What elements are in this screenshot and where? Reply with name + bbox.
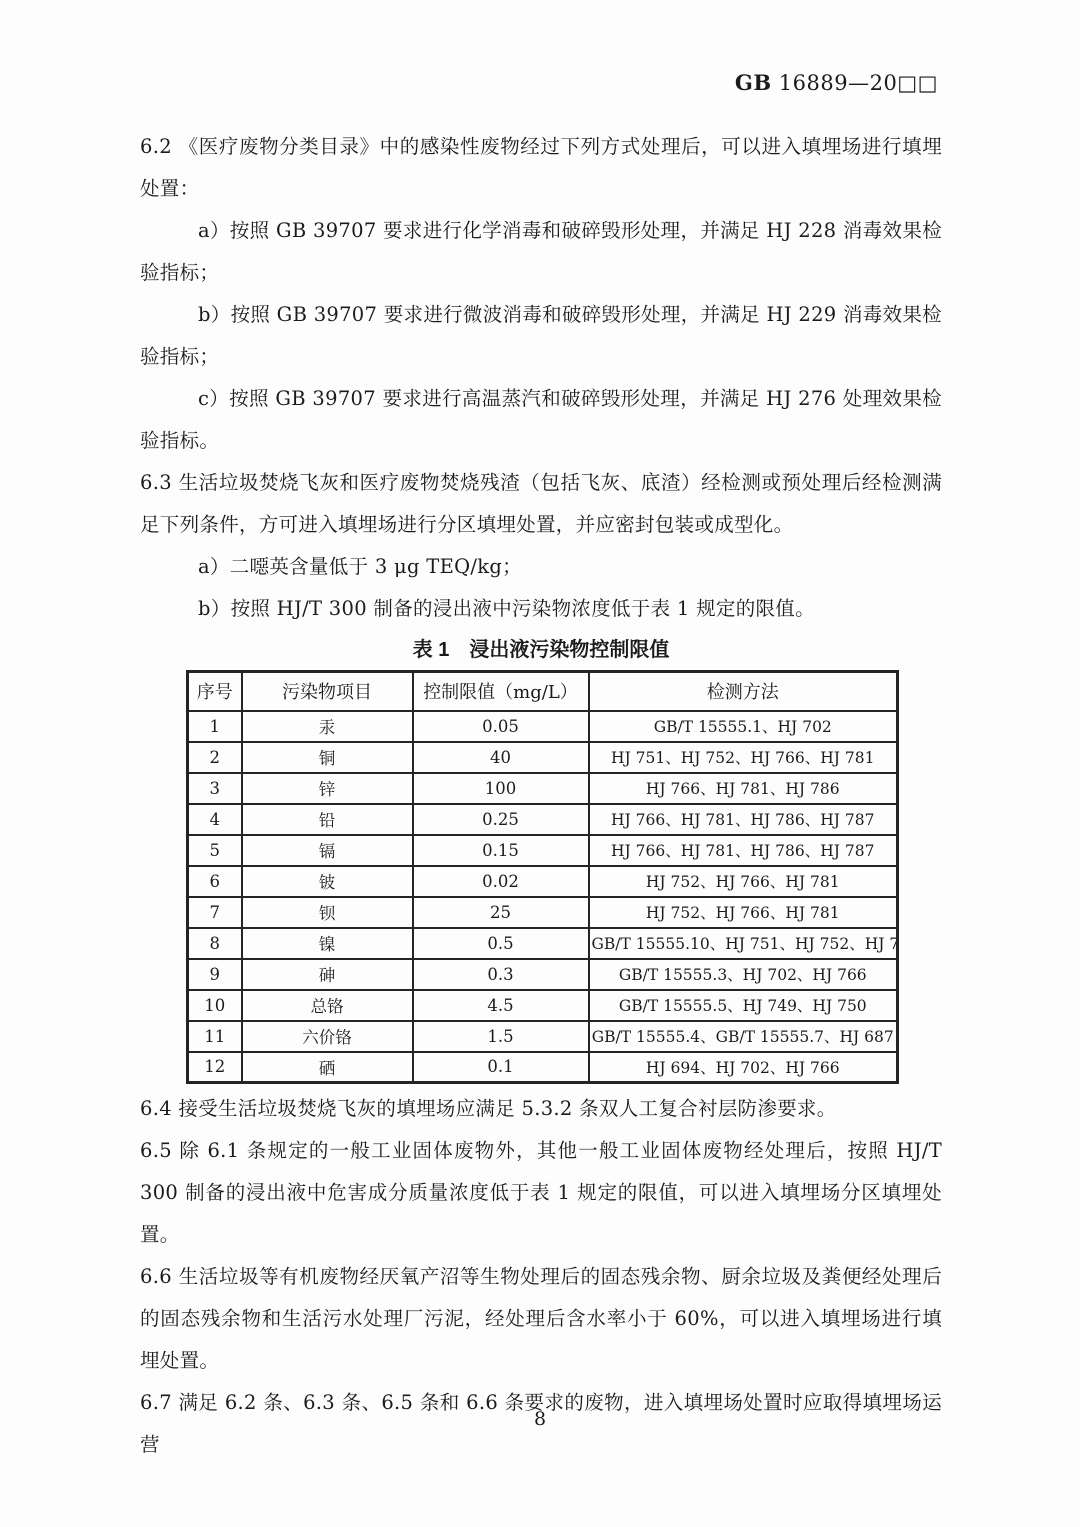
cell-index: 12 [188,1052,242,1083]
table-row: 8 镍 0.5 GB/T 15555.10、HJ 751、HJ 752、HJ 7… [188,928,898,959]
cell-index: 5 [188,835,242,866]
cell-index: 7 [188,897,242,928]
cell-method: HJ 694、HJ 702、HJ 766 [589,1052,898,1083]
clause-6-3-item-a: a）二噁英含量低于 3 μg TEQ/kg； [140,546,942,588]
cell-pollutant: 汞 [242,711,413,742]
cell-method: HJ 766、HJ 781、HJ 786 [589,773,898,804]
table-row: 11 六价铬 1.5 GB/T 15555.4、GB/T 15555.7、HJ … [188,1021,898,1052]
table-row: 1 汞 0.05 GB/T 15555.1、HJ 702 [188,711,898,742]
table-row: 7 钡 25 HJ 752、HJ 766、HJ 781 [188,897,898,928]
cell-limit: 40 [413,742,589,773]
cell-pollutant: 六价铬 [242,1021,413,1052]
cell-index: 9 [188,959,242,990]
cell-index: 3 [188,773,242,804]
doc-code-prefix: GB [735,70,772,95]
cell-method: HJ 752、HJ 766、HJ 781 [589,897,898,928]
col-header-method: 检测方法 [589,672,898,711]
clause-6-3-item-b: b）按照 HJ/T 300 制备的浸出液中污染物浓度低于表 1 规定的限值。 [140,588,942,630]
clause-6-6: 6.6 生活垃圾等有机废物经厌氧产沼等生物处理后的固态残余物、厨余垃圾及粪便经处… [140,1256,942,1382]
cell-pollutant: 铅 [242,804,413,835]
cell-pollutant: 锌 [242,773,413,804]
cell-limit: 0.1 [413,1052,589,1083]
page-number: 8 [0,1408,1080,1430]
clause-6-4: 6.4 接受生活垃圾焚烧飞灰的填埋场应满足 5.3.2 条双人工复合衬层防渗要求… [140,1088,942,1130]
table-row: 6 铍 0.02 HJ 752、HJ 766、HJ 781 [188,866,898,897]
cell-method: GB/T 15555.3、HJ 702、HJ 766 [589,959,898,990]
cell-pollutant: 硒 [242,1052,413,1083]
cell-limit: 0.5 [413,928,589,959]
cell-limit: 0.02 [413,866,589,897]
cell-pollutant: 镉 [242,835,413,866]
table-row: 3 锌 100 HJ 766、HJ 781、HJ 786 [188,773,898,804]
cell-limit: 0.05 [413,711,589,742]
clause-6-2: 6.2 《医疗废物分类目录》中的感染性废物经过下列方式处理后，可以进入填埋场进行… [140,126,942,210]
col-header-limit: 控制限值（mg/L） [413,672,589,711]
cell-index: 6 [188,866,242,897]
cell-index: 2 [188,742,242,773]
table-row: 5 镉 0.15 HJ 766、HJ 781、HJ 786、HJ 787 [188,835,898,866]
cell-limit: 0.25 [413,804,589,835]
clause-6-2-item-c: c）按照 GB 39707 要求进行高温蒸汽和破碎毁形处理，并满足 HJ 276… [140,378,942,462]
cell-pollutant: 钡 [242,897,413,928]
cell-pollutant: 总铬 [242,990,413,1021]
page-body: 6.2 《医疗废物分类目录》中的感染性废物经过下列方式处理后，可以进入填埋场进行… [140,126,942,1466]
cell-index: 11 [188,1021,242,1052]
cell-limit: 0.3 [413,959,589,990]
cell-index: 1 [188,711,242,742]
table-header-row: 序号 污染物项目 控制限值（mg/L） 检测方法 [188,672,898,711]
cell-index: 10 [188,990,242,1021]
clause-6-2-item-a: a）按照 GB 39707 要求进行化学消毒和破碎毁形处理，并满足 HJ 228… [140,210,942,294]
col-header-index: 序号 [188,672,242,711]
cell-method: GB/T 15555.10、HJ 751、HJ 752、HJ 766、 [589,928,898,959]
cell-method: GB/T 15555.5、HJ 749、HJ 750 [589,990,898,1021]
doc-header: GB 16889—20□□ [735,70,938,95]
cell-limit: 0.15 [413,835,589,866]
cell-pollutant: 铜 [242,742,413,773]
cell-limit: 100 [413,773,589,804]
cell-pollutant: 镍 [242,928,413,959]
table-row: 9 砷 0.3 GB/T 15555.3、HJ 702、HJ 766 [188,959,898,990]
table-row: 4 铅 0.25 HJ 766、HJ 781、HJ 786、HJ 787 [188,804,898,835]
table-title: 表 1 浸出液污染物控制限值 [140,632,942,668]
cell-limit: 4.5 [413,990,589,1021]
cell-method: HJ 766、HJ 781、HJ 786、HJ 787 [589,804,898,835]
cell-pollutant: 砷 [242,959,413,990]
cell-method: HJ 752、HJ 766、HJ 781 [589,866,898,897]
clause-6-5: 6.5 除 6.1 条规定的一般工业固体废物外，其他一般工业固体废物经处理后，按… [140,1130,942,1256]
cell-limit: 1.5 [413,1021,589,1052]
cell-method: GB/T 15555.1、HJ 702 [589,711,898,742]
table-row: 10 总铬 4.5 GB/T 15555.5、HJ 749、HJ 750 [188,990,898,1021]
table-row: 12 硒 0.1 HJ 694、HJ 702、HJ 766 [188,1052,898,1083]
clause-6-2-item-b: b）按照 GB 39707 要求进行微波消毒和破碎毁形处理，并满足 HJ 229… [140,294,942,378]
cell-method: HJ 751、HJ 752、HJ 766、HJ 781 [589,742,898,773]
doc-code-number: 16889—20□□ [772,71,938,95]
cell-index: 4 [188,804,242,835]
table-row: 2 铜 40 HJ 751、HJ 752、HJ 766、HJ 781 [188,742,898,773]
cell-method: HJ 766、HJ 781、HJ 786、HJ 787 [589,835,898,866]
cell-limit: 25 [413,897,589,928]
clause-6-3: 6.3 生活垃圾焚烧飞灰和医疗废物焚烧残渣（包括飞灰、底渣）经检测或预处理后经检… [140,462,942,546]
col-header-pollutant: 污染物项目 [242,672,413,711]
cell-method: GB/T 15555.4、GB/T 15555.7、HJ 687 [589,1021,898,1052]
leachate-limits-table: 序号 污染物项目 控制限值（mg/L） 检测方法 1 汞 0.05 GB/T 1… [186,670,899,1084]
cell-index: 8 [188,928,242,959]
cell-pollutant: 铍 [242,866,413,897]
document-page: GB 16889—20□□ 6.2 《医疗废物分类目录》中的感染性废物经过下列方… [0,0,1080,1527]
